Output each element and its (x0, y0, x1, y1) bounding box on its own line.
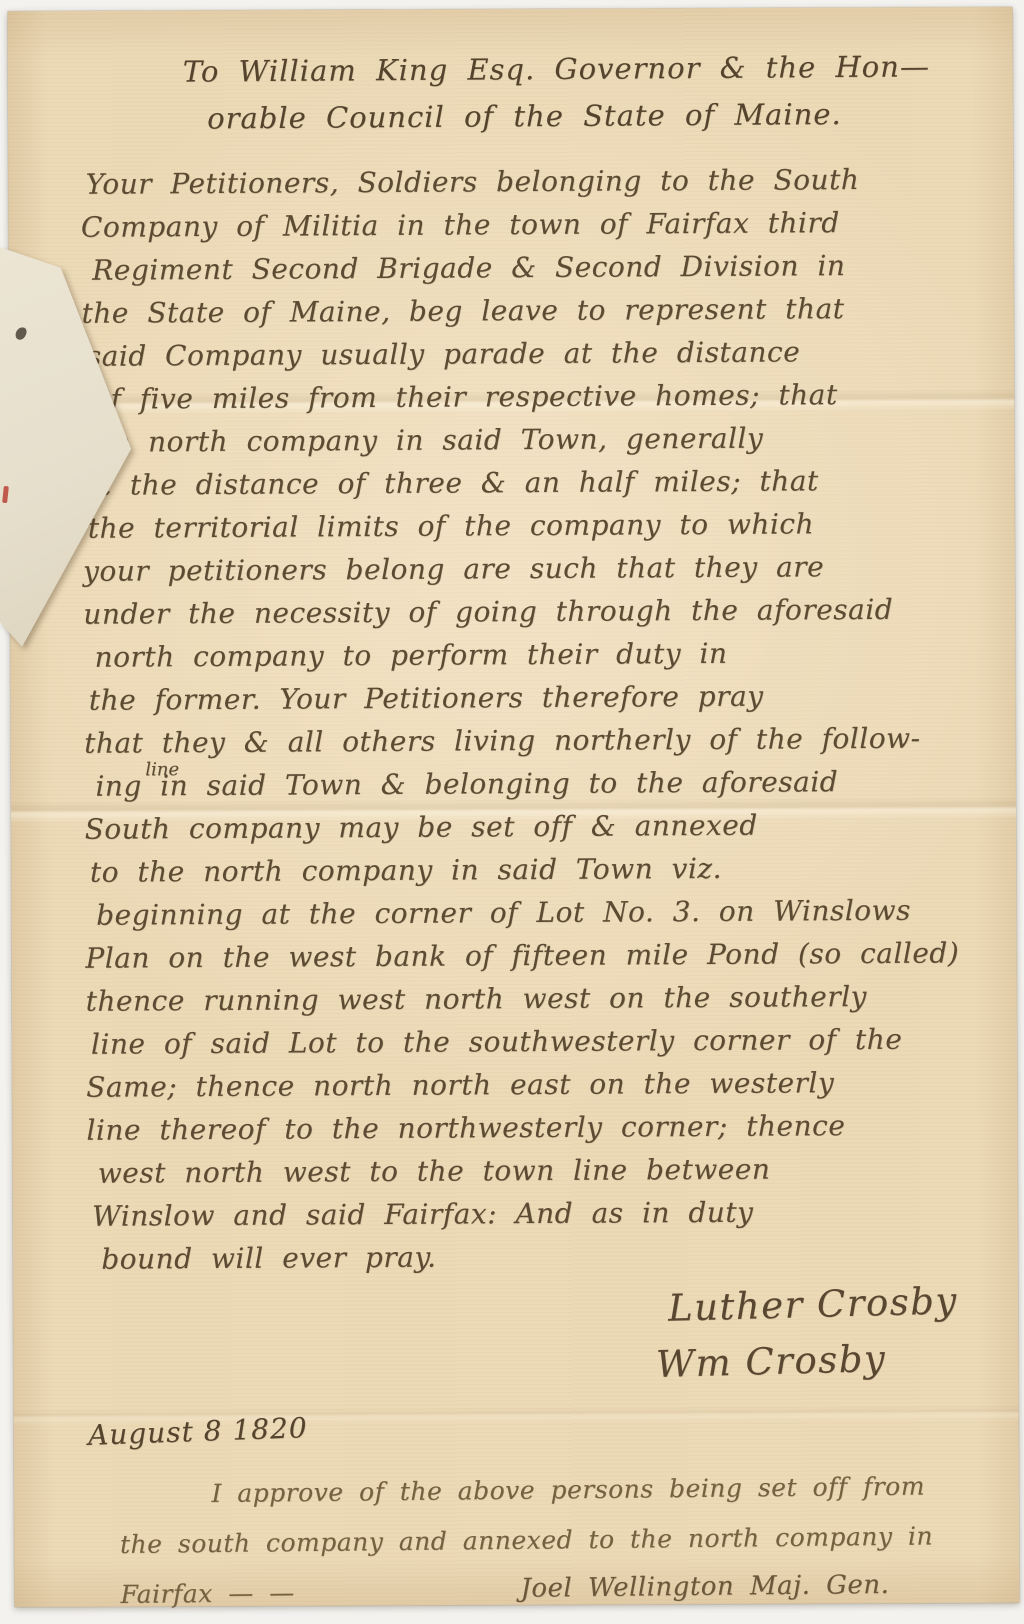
petition-body: Your Petitioners, Soldiers belonging to … (81, 157, 1003, 1281)
manuscript-line: South company may be set off & annexed (85, 802, 1000, 851)
manuscript-line: north company to perform their duty in (94, 630, 998, 679)
folded-paper-flap (0, 243, 138, 655)
manuscript-line: Same; thence north north east on the wes… (86, 1060, 1001, 1109)
manuscript-line: to the north company in said Town viz. (90, 845, 1000, 894)
manuscript-line: line ing in said Town & belonging to the… (95, 759, 999, 808)
manuscript-line: west north west to the town line between (98, 1146, 1002, 1195)
manuscript-line: line of said Lot to the southwesterly co… (91, 1017, 1001, 1066)
heading-line: To William King Esq. Governor & the Hon— (183, 43, 930, 95)
manuscript-line: your petitioners belong are such that th… (83, 544, 998, 593)
manuscript-line: the territorial limits of the company to… (88, 501, 998, 550)
approval-line: I approve of the above persons being set… (211, 1461, 999, 1519)
manuscript-line: line thereof to the northwesterly corner… (86, 1103, 1001, 1152)
manuscript-line: said Company usually parade at the dista… (87, 329, 997, 378)
manuscript-line: at the distance of three & an half miles… (82, 458, 997, 507)
manuscript-line: bound will ever pray. (101, 1232, 1002, 1281)
manuscript-line: the State of Maine, beg leave to represe… (81, 286, 996, 335)
manuscript-line: Winslow and said Fairfax: And as in duty (92, 1189, 1002, 1238)
manuscript-line: of five miles from their respective home… (93, 372, 997, 421)
signature-joel-wellington: Joel Wellington Maj. Gen. (520, 1560, 889, 1614)
flap-shape (0, 243, 138, 655)
manuscript-line: that they & all others living northerly … (84, 716, 999, 765)
approval-line: Fairfax — — Joel Wellington Maj. Gen. (120, 1561, 1000, 1620)
manuscript-line: Plan on the west bank of fifteen mile Po… (85, 931, 1000, 980)
manuscript-line: under the necessity of going through the… (83, 587, 998, 636)
manuscript-line: the north company in said Town, generall… (82, 415, 997, 464)
approval-place: Fairfax — — (120, 1578, 294, 1609)
address-heading: To William King Esq. Governor & the Hon—… (183, 43, 931, 142)
manuscript-scan: To William King Esq. Governor & the Hon—… (0, 0, 1024, 1624)
manuscript-line-text: ing in said Town & belonging to the afor… (95, 765, 838, 803)
signature-wm-crosby: Wm Crosby (655, 1337, 886, 1386)
heading-line: orable Council of the State of Maine. (207, 90, 930, 142)
manuscript-line: Regiment Second Brigade & Second Divisio… (92, 243, 996, 292)
manuscript-line: thence running west north west on the so… (86, 974, 1001, 1023)
interlinear-insertion: line (145, 748, 179, 791)
approval-note: I approve of the above persons being set… (0, 1461, 1001, 1621)
manuscript-line: the former. Your Petitioners therefore p… (89, 673, 999, 722)
signature-luther-crosby: Luther Crosby (667, 1279, 958, 1330)
manuscript-line: Company of Militia in the town of Fairfa… (81, 200, 996, 249)
manuscript-line: beginning at the corner of Lot No. 3. on… (96, 888, 1000, 937)
manuscript-line: Your Petitioners, Soldiers belonging to … (86, 157, 996, 206)
